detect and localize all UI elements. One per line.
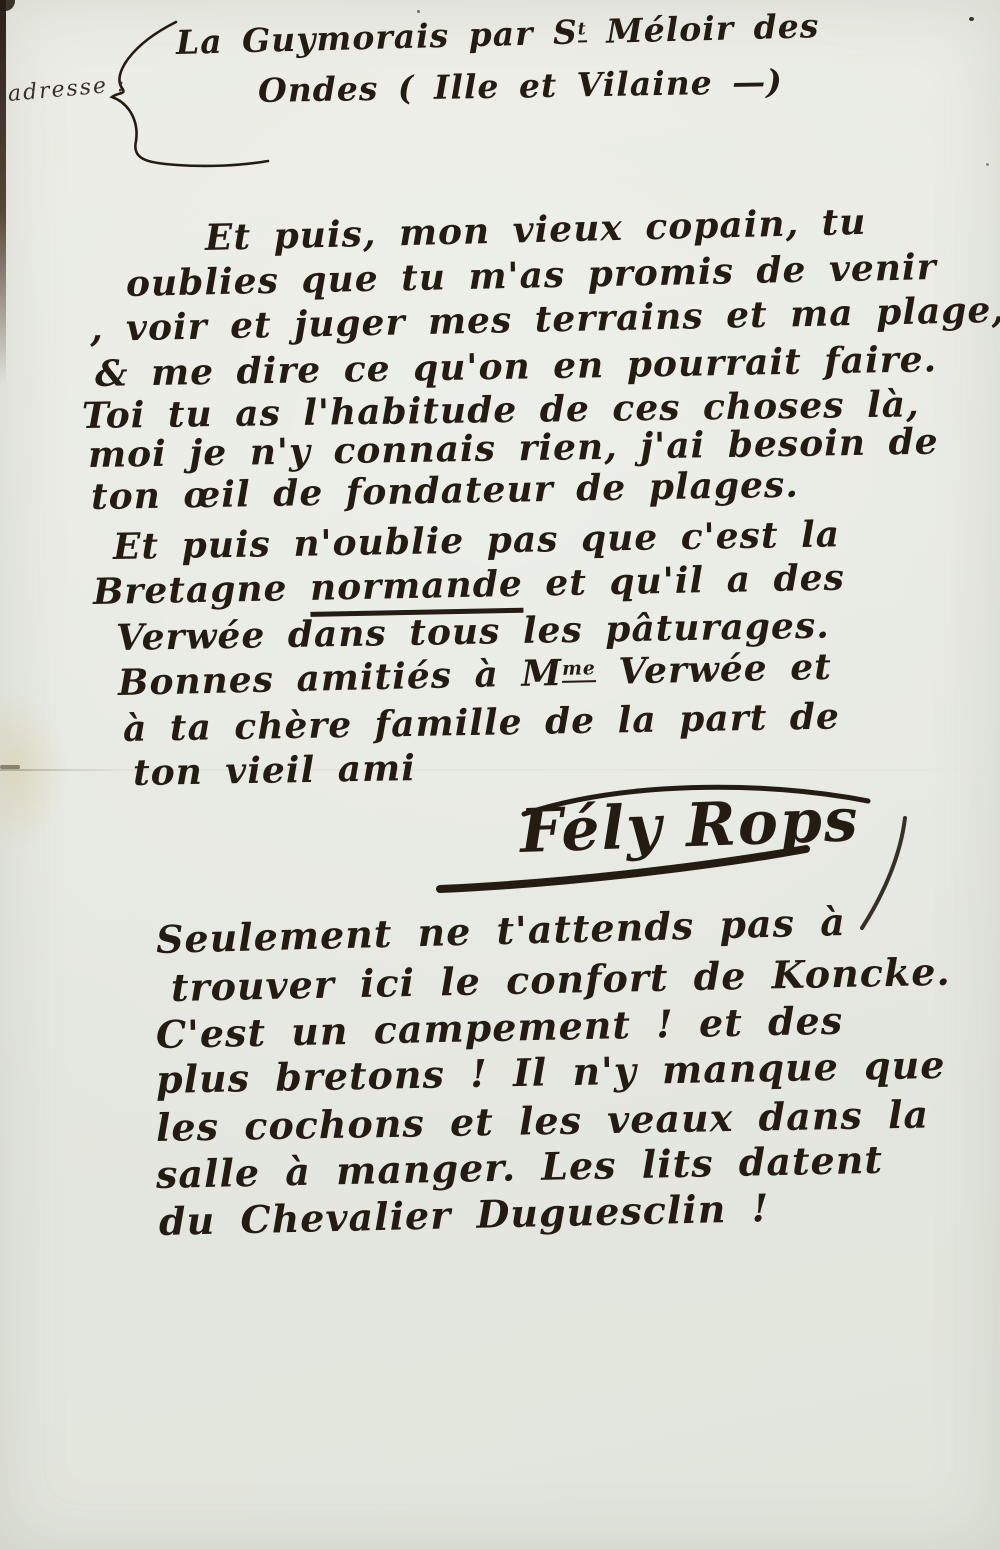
body-line-segment: Bonnes amitiés à M: [118, 652, 563, 704]
body-line: Bretagne normande et qu'il a des: [93, 560, 845, 610]
body-line-segment: Verwée et: [595, 646, 832, 693]
postscript-line: du Chevalier Duguesclin !: [159, 1189, 770, 1241]
postscript-line: Seulement ne t'attends pas à: [156, 903, 847, 959]
signature: Fély Rops: [519, 790, 861, 862]
signature-descender: [862, 818, 905, 928]
address-line-1-rest: Méloir des: [586, 6, 820, 51]
body-line: ton vieil ami: [133, 750, 416, 791]
postscript-line: salle à manger. Les lits datent: [156, 1141, 884, 1194]
paper-speck: [986, 163, 989, 166]
body-line: Et puis n'oublie pas que c'est la: [113, 516, 841, 565]
body-line: à ta chère famille de la part de: [123, 698, 840, 747]
underlined-word: normande: [310, 563, 524, 617]
body-line-segment: Bretagne: [93, 567, 311, 613]
address-label: adresse :: [7, 74, 127, 106]
address-line-1-text: La Guymorais par S: [175, 12, 578, 62]
address-line-2: Ondes ( Ille et Vilaine —): [258, 65, 783, 107]
fold-crease-notch: [0, 765, 20, 769]
address-line-1: La Guymorais par St Méloir des: [176, 9, 820, 59]
scan-edge-strip: [0, 0, 6, 385]
paper-speck: [417, 10, 420, 13]
postscript-line: plus bretons ! Il n'y manque que: [156, 1046, 946, 1099]
paper-speck: [969, 17, 974, 21]
letter-page: adresse : La Guymorais par St Méloir des…: [0, 0, 1000, 1549]
body-line: ton œil de fondateur de plages.: [91, 467, 799, 515]
madame-superscript: me: [562, 657, 596, 683]
body-line-segment: et qu'il a des: [522, 557, 845, 605]
body-line: Et puis, mon vieux copain, tu: [205, 204, 867, 256]
corner-ink-mark: [0, 0, 15, 11]
body-line: moi je n'y connais rien, j'ai besoin de: [88, 424, 939, 473]
